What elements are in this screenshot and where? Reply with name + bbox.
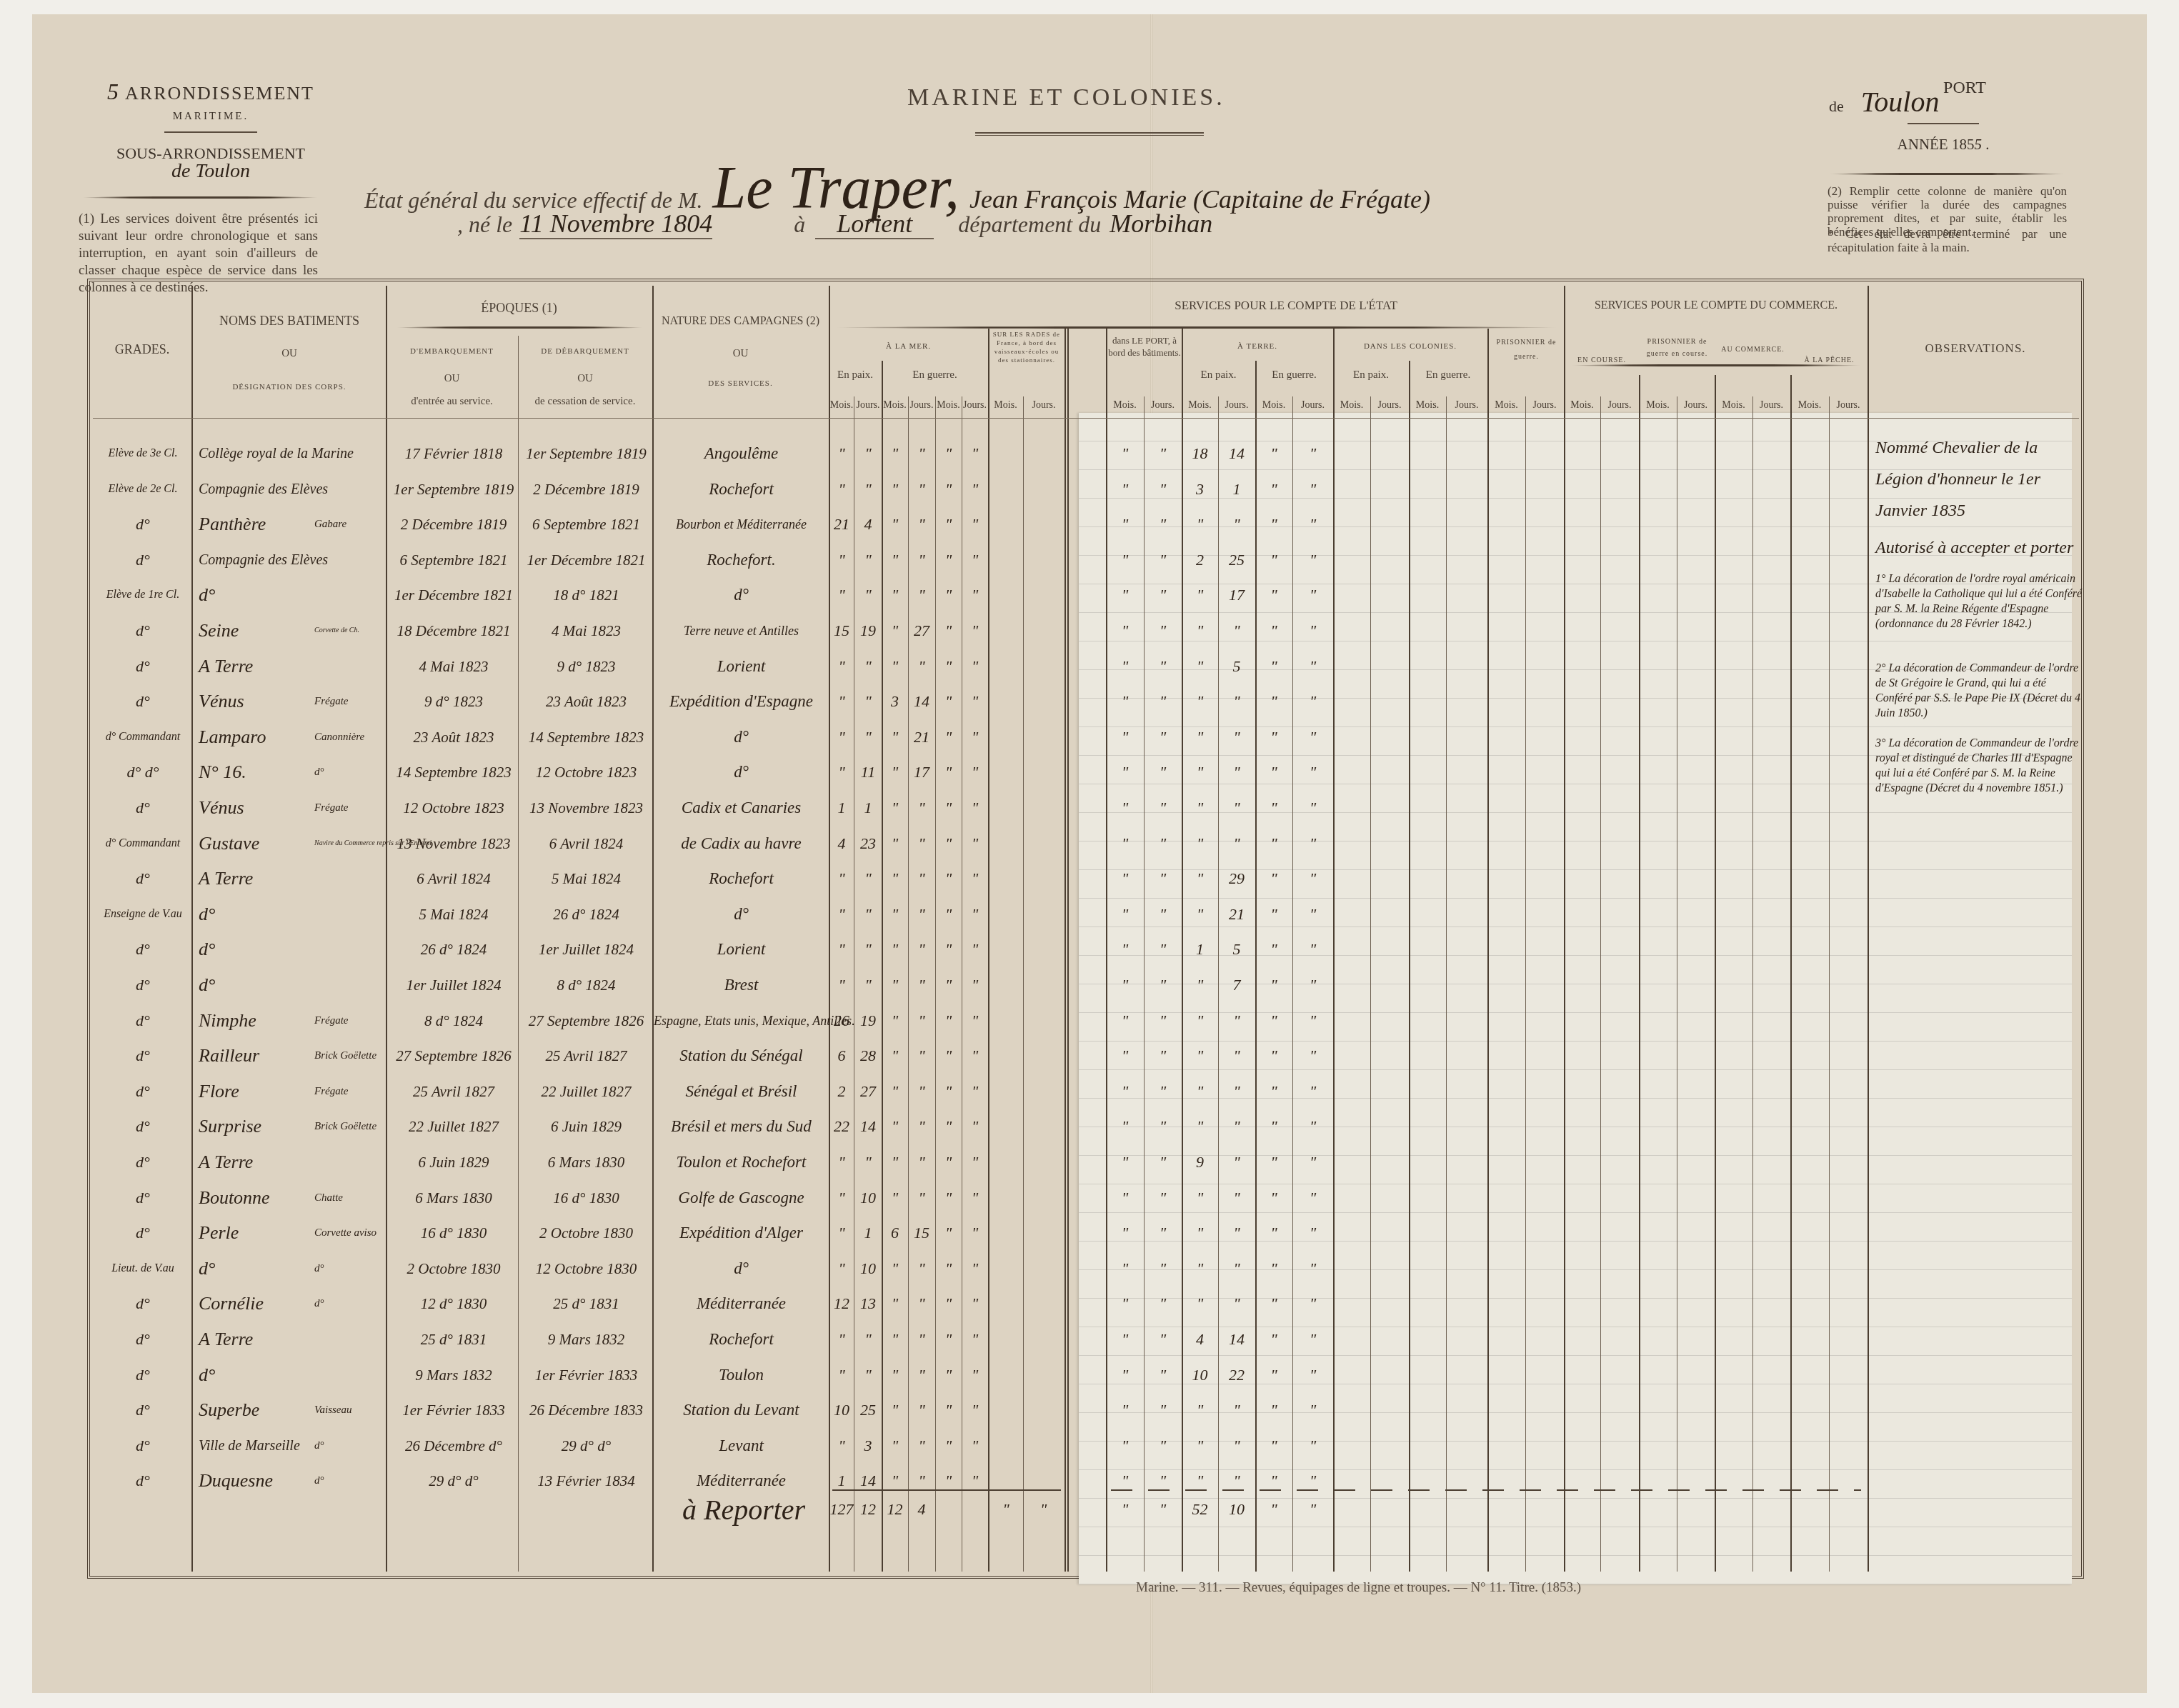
debarquement-cell: 13 Février 1834 xyxy=(520,1459,652,1502)
batiment-cell: Duquesne xyxy=(199,1459,320,1502)
total-terre-guerre-jours: " xyxy=(1292,1500,1333,1519)
totals-label: à Reporter xyxy=(682,1493,805,1527)
port-block: PORT de Toulon ANNÉE 1855 . xyxy=(1829,79,2058,154)
header-nature: NATURE DES CAMPAGNES (2) xyxy=(652,314,829,329)
col-divider xyxy=(1752,396,1753,1572)
header-jours: Jours. xyxy=(1600,399,1639,413)
batiment-type-cell: d° xyxy=(314,1459,386,1502)
header-jours: Jours. xyxy=(1525,399,1564,413)
col-divider xyxy=(1677,396,1677,1572)
col-divider xyxy=(1600,396,1601,1572)
title-rule-2 xyxy=(975,135,1204,136)
duration-cell: " xyxy=(908,1459,935,1502)
maritime-label: MARITIME. xyxy=(93,111,329,123)
birth-place: Lorient xyxy=(815,209,934,239)
header-prisonnier: PRISONNIER de guerre. xyxy=(1489,336,1564,364)
subject-line-2: , né le 11 Novembre 1804 à Lorient dépar… xyxy=(457,209,1212,239)
header-jours: Jours. xyxy=(1677,399,1715,413)
total-terre-guerre-mois: " xyxy=(1255,1500,1292,1519)
header-mer-paix: En paix. xyxy=(829,368,882,382)
header-jours: Jours. xyxy=(1370,399,1409,413)
total-mer-guerre-jours: 4 xyxy=(908,1500,935,1519)
arrondissement-label: ARRONDISSEMENT xyxy=(125,83,314,104)
header-au-commerce: AU COMMERCE. xyxy=(1715,343,1790,357)
header-divider xyxy=(93,418,2079,419)
header-port: dans LE PORT, à bord des bâtiments. xyxy=(1107,334,1182,359)
col-divider xyxy=(1868,286,1869,1572)
header-mois: Mois. xyxy=(935,399,962,413)
duration-cell: " xyxy=(962,1459,988,1502)
embarquement-cell: 29 d° d° xyxy=(389,1459,518,1502)
duration-cell: " xyxy=(1106,1459,1144,1502)
col-divider xyxy=(1067,329,1069,1572)
header-a-terre: À TERRE. xyxy=(1182,341,1333,351)
header-noms: NOMS DES BATIMENTS xyxy=(193,313,386,329)
duration-cell: " xyxy=(1182,1459,1218,1502)
header-epoques: ÉPOQUES (1) xyxy=(386,300,652,316)
observation-decoration-1: 1° La décoration de l'ordre royal améric… xyxy=(1875,571,2083,631)
header-jours: Jours. xyxy=(854,399,882,413)
total-port-jours: " xyxy=(1144,1500,1182,1519)
sous-arrondissement-value: de Toulon xyxy=(93,160,329,183)
header-a-la-peche: À LA PÊCHE. xyxy=(1791,356,1868,366)
header-jours: Jours. xyxy=(1752,399,1790,413)
header-embarquement-sub: d'entrée au service. xyxy=(386,394,518,409)
header-jours: Jours. xyxy=(908,399,935,413)
header-jours: Jours. xyxy=(1023,399,1064,413)
col-divider xyxy=(1790,375,1792,1572)
arrondissement-block: 5 ARRONDISSEMENT MARITIME. SOUS-ARRONDIS… xyxy=(93,79,329,183)
footnote-star: * Cet état devra être terminé par une ré… xyxy=(1828,227,2067,254)
col-divider xyxy=(386,286,387,1572)
header-mois: Mois. xyxy=(1487,399,1525,413)
born-label: , né le xyxy=(457,211,512,237)
col-divider xyxy=(1564,286,1565,1572)
observation-decoration-3: 3° La décoration de Commandeur de l'ordr… xyxy=(1875,736,2083,796)
duration-cell: " xyxy=(882,1459,908,1502)
header-colonies: DANS LES COLONIES. xyxy=(1333,341,1487,351)
duration-cell: " xyxy=(1218,1459,1255,1502)
header-observations: OBSERVATIONS. xyxy=(1868,341,2083,356)
ditto-mark: " xyxy=(1255,1459,1292,1502)
total-mer-paix-jours: 12 xyxy=(854,1500,882,1519)
header-rades: SUR LES RADES de France, à bord des vais… xyxy=(989,330,1064,364)
col-divider xyxy=(1370,396,1371,1572)
header-mois: Mois. xyxy=(1564,399,1600,413)
col-divider xyxy=(1023,396,1024,1572)
header-debarquement: DE DÉBARQUEMENT xyxy=(518,346,652,356)
header-en-course: EN COURSE. xyxy=(1565,356,1639,366)
totals-rule-right xyxy=(1111,1489,1861,1491)
header-jours: Jours. xyxy=(962,399,988,413)
header-debarquement-ou: OU xyxy=(518,371,652,386)
duration-cell: 1 xyxy=(829,1459,854,1502)
col-divider xyxy=(1487,329,1489,1572)
header-embarquement-ou: OU xyxy=(386,371,518,386)
duration-cell: " xyxy=(935,1459,962,1502)
grade-cell: d° xyxy=(94,1459,191,1502)
header-prisonnier-course: PRISONNIER de guerre en course. xyxy=(1640,336,1715,360)
department-label: département du xyxy=(958,211,1101,237)
header-jours: Jours. xyxy=(1144,399,1182,413)
header-noms-ou: OU xyxy=(193,346,386,361)
header-jours: Jours. xyxy=(1446,399,1487,413)
header-embarquement: D'EMBARQUEMENT xyxy=(386,346,518,356)
ditto-mark: " xyxy=(1292,1459,1333,1502)
header-mois: Mois. xyxy=(829,399,854,413)
total-terre-mois: 52 xyxy=(1182,1500,1218,1519)
col-divider xyxy=(1715,375,1716,1572)
birth-date: 11 Novembre 1804 xyxy=(519,209,712,239)
duration-cell: 14 xyxy=(854,1459,882,1502)
header-debarquement-sub: de cessation de service. xyxy=(518,394,652,409)
observation-autorise: Autorisé à accepter et porter xyxy=(1875,537,2083,559)
col-divider xyxy=(1409,361,1410,1572)
ornament-rule xyxy=(82,196,318,199)
ornament xyxy=(397,326,643,329)
col-divider xyxy=(1446,396,1447,1572)
header-mois: Mois. xyxy=(1639,399,1677,413)
header-mois: Mois. xyxy=(1409,399,1446,413)
col-divider xyxy=(518,336,519,1572)
totals-rule xyxy=(832,1489,1061,1491)
observation-decoration-2: 2° La décoration de Commandeur de l'ordr… xyxy=(1875,661,2083,721)
header-mois: Mois. xyxy=(1106,399,1144,413)
port-value: Toulon xyxy=(1861,86,1940,118)
header-jours: Jours. xyxy=(1829,399,1868,413)
header-mois: Mois. xyxy=(988,399,1023,413)
total-rades-mois: " xyxy=(988,1500,1024,1519)
annee-label: ANNÉE 185 xyxy=(1898,136,1975,153)
form-footer: Marine. — 311. — Revues, équipages de li… xyxy=(1136,1580,1581,1596)
department: Morbihan xyxy=(1110,209,1212,238)
col-divider xyxy=(1639,375,1640,1572)
header-terre-guerre: En guerre. xyxy=(1255,368,1333,382)
de-label: de xyxy=(1829,97,1844,115)
col-divider xyxy=(191,286,193,1572)
header-grades: GRADES. xyxy=(93,341,191,357)
header-services-commerce: SERVICES POUR LE COMPTE DU COMMERCE. xyxy=(1566,299,1866,313)
ornament xyxy=(836,326,1557,329)
col-divider xyxy=(988,329,989,1572)
header-mois: Mois. xyxy=(1333,399,1370,413)
total-mer-paix-mois: 127 xyxy=(829,1500,854,1519)
total-mer-guerre-mois: 12 xyxy=(882,1500,908,1519)
ornament-rule-right xyxy=(1829,173,2065,175)
col-divider xyxy=(1064,329,1066,1572)
arrondissement-number: 5 xyxy=(107,79,120,104)
col-divider xyxy=(1525,396,1526,1572)
header-jours: Jours. xyxy=(1292,399,1333,413)
header-services-etat: SERVICES POUR LE COMPTE DE L'ÉTAT xyxy=(1072,299,1500,313)
header-mois: Mois. xyxy=(882,399,908,413)
observation-legion: Nommé Chevalier de la Légion d'honneur l… xyxy=(1875,432,2083,526)
header-mois: Mois. xyxy=(1715,399,1752,413)
header-nature-ou: OU xyxy=(652,346,829,361)
total-terre-jours: 10 xyxy=(1218,1500,1255,1519)
header-colonies-paix: En paix. xyxy=(1333,368,1409,382)
header-mer-guerre: En guerre. xyxy=(882,368,988,382)
header-jours: Jours. xyxy=(1218,399,1255,413)
header-colonies-guerre: En guerre. xyxy=(1409,368,1487,382)
total-port-mois: " xyxy=(1106,1500,1144,1519)
duration-cell: " xyxy=(1144,1459,1182,1502)
title-rule xyxy=(975,132,1204,134)
header-mois: Mois. xyxy=(1790,399,1829,413)
total-rades-jours: " xyxy=(1024,1500,1063,1519)
header-noms-designation: DÉSIGNATION DES CORPS. xyxy=(193,382,386,392)
header-nature-services: DES SERVICES. xyxy=(652,379,829,389)
header-mois: Mois. xyxy=(1255,399,1292,413)
col-divider xyxy=(1829,396,1830,1572)
col-divider xyxy=(1333,329,1335,1572)
header-mois: Mois. xyxy=(1182,399,1218,413)
document-title: MARINE ET COLONIES. xyxy=(907,84,1225,111)
header-a-la-mer: À LA MER. xyxy=(829,341,988,351)
place-label: à xyxy=(794,211,805,237)
annee-digit: 5 xyxy=(1974,136,1982,153)
header-terre-paix: En paix. xyxy=(1182,368,1255,382)
